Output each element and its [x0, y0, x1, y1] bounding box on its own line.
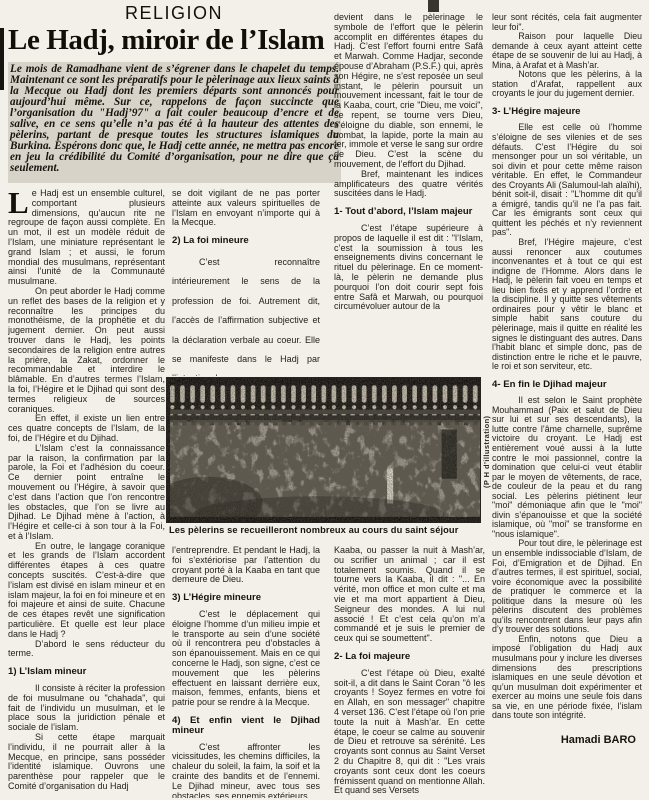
paragraph: Il consiste à réciter la profession de f…: [8, 684, 165, 733]
column-3-upper: devient dans le pèlerinage le symbole de…: [334, 13, 483, 365]
column-1: Le Hadj est un ensemble culturel, compor…: [8, 189, 165, 796]
paragraph: C’est affronter les vicissitudes, les ch…: [172, 743, 320, 798]
paragraph: Si cette étape marquait l’individu, il n…: [8, 733, 165, 792]
paragraph: Enfin, notons que Dieu a imposé l’obliga…: [492, 635, 642, 721]
paragraph: En effet, il existe un lien entre ces qu…: [8, 414, 165, 443]
section-heading: 1- Tout d’abord, l’Islam majeur: [334, 207, 483, 217]
section-heading: 4) Et enfin vient le Djihad mineur: [172, 716, 320, 736]
paragraph: Kaaba, ou passer la nuit à Mash’ar, ou s…: [334, 546, 485, 644]
newspaper-page: RELIGION Le Hadj, miroir de l’Islam Le m…: [0, 0, 649, 800]
author-byline: Hamadi BARO: [492, 736, 642, 746]
section-heading: 4- En fin le Djihad majeur: [492, 380, 642, 390]
paragraph: devient dans le pèlerinage le symbole de…: [334, 13, 483, 170]
photo-credit: (P H d’illustration): [482, 378, 491, 488]
paragraph: C’est l’étape supérieure à propos de laq…: [334, 224, 483, 312]
scan-artifact: [428, 0, 439, 12]
drop-cap: L: [8, 189, 32, 216]
paragraph: Bref, l’Hégire majeure, c’est aussi reno…: [492, 238, 642, 372]
column-2-lower: l’entreprendre. Et pendant le Hadj, la f…: [172, 546, 320, 798]
pilgrims-photo: [167, 378, 480, 522]
section-heading: 3- L’Hégire majeure: [492, 107, 642, 117]
paragraph: Il est selon le Saint prophète Mouhammad…: [492, 396, 642, 539]
paragraph: Notons que les pèlerins, à la station d’…: [492, 70, 642, 99]
paragraph: Raison pour laquelle Dieu demande à ceux…: [492, 32, 642, 70]
paragraph: se doit vigilant de ne pas porter attein…: [172, 189, 320, 228]
section-label: RELIGION: [8, 3, 340, 24]
paragraph: Bref, maintenant les indices amplificate…: [334, 170, 483, 199]
article-lede: Le mois de Ramadhane vient de s’égrener …: [8, 62, 341, 183]
paragraph: l’entreprendre. Et pendant le Hadj, la f…: [172, 546, 320, 585]
section-heading: 2) La foi mineure: [172, 236, 320, 246]
paragraph: C’est reconnaître intérieurement le sens…: [172, 253, 320, 376]
scan-artifact: [0, 28, 4, 90]
section-heading: 1) L’Islam mineur: [8, 667, 165, 677]
paragraph: Elle est celle où l’homme s’éloigne de s…: [492, 123, 642, 238]
paragraph: Pour tout dire, le pèlerinage est un ens…: [492, 539, 642, 634]
pilgrims-photo-image: [167, 378, 480, 522]
paragraph: L’Islam c’est la connaissance par la rai…: [8, 444, 165, 542]
section-heading: 3) L’Hégire mineure: [172, 593, 320, 603]
paragraph: C’est le déplacement qui éloigne l’homme…: [172, 610, 320, 708]
column-4: leur sont récités, cela fait augmenter l…: [492, 13, 642, 799]
paragraph: En outre, le langage coranique et les gr…: [8, 542, 165, 640]
paragraph: leur sont récités, cela fait augmenter l…: [492, 13, 642, 32]
section-heading: 2- La foi majeure: [334, 652, 485, 662]
paragraph: Le Hadj est un ensemble culturel, compor…: [8, 189, 165, 287]
paragraph: C’est l’étape où Dieu, exalté soit-il, a…: [334, 669, 485, 796]
paragraph: D’abord le sens réducteur du terme.: [8, 640, 165, 660]
photo-caption: Les pèlerins se recueilleront nombreux a…: [169, 525, 481, 535]
column-2-upper: se doit vigilant de ne pas porter attein…: [172, 189, 320, 376]
article-headline: Le Hadj, miroir de l’Islam: [8, 24, 348, 57]
column-3-lower: Kaaba, ou passer la nuit à Mash’ar, ou s…: [334, 546, 485, 800]
paragraph: On peut aborder le Hadj comme un reflet …: [8, 287, 165, 414]
